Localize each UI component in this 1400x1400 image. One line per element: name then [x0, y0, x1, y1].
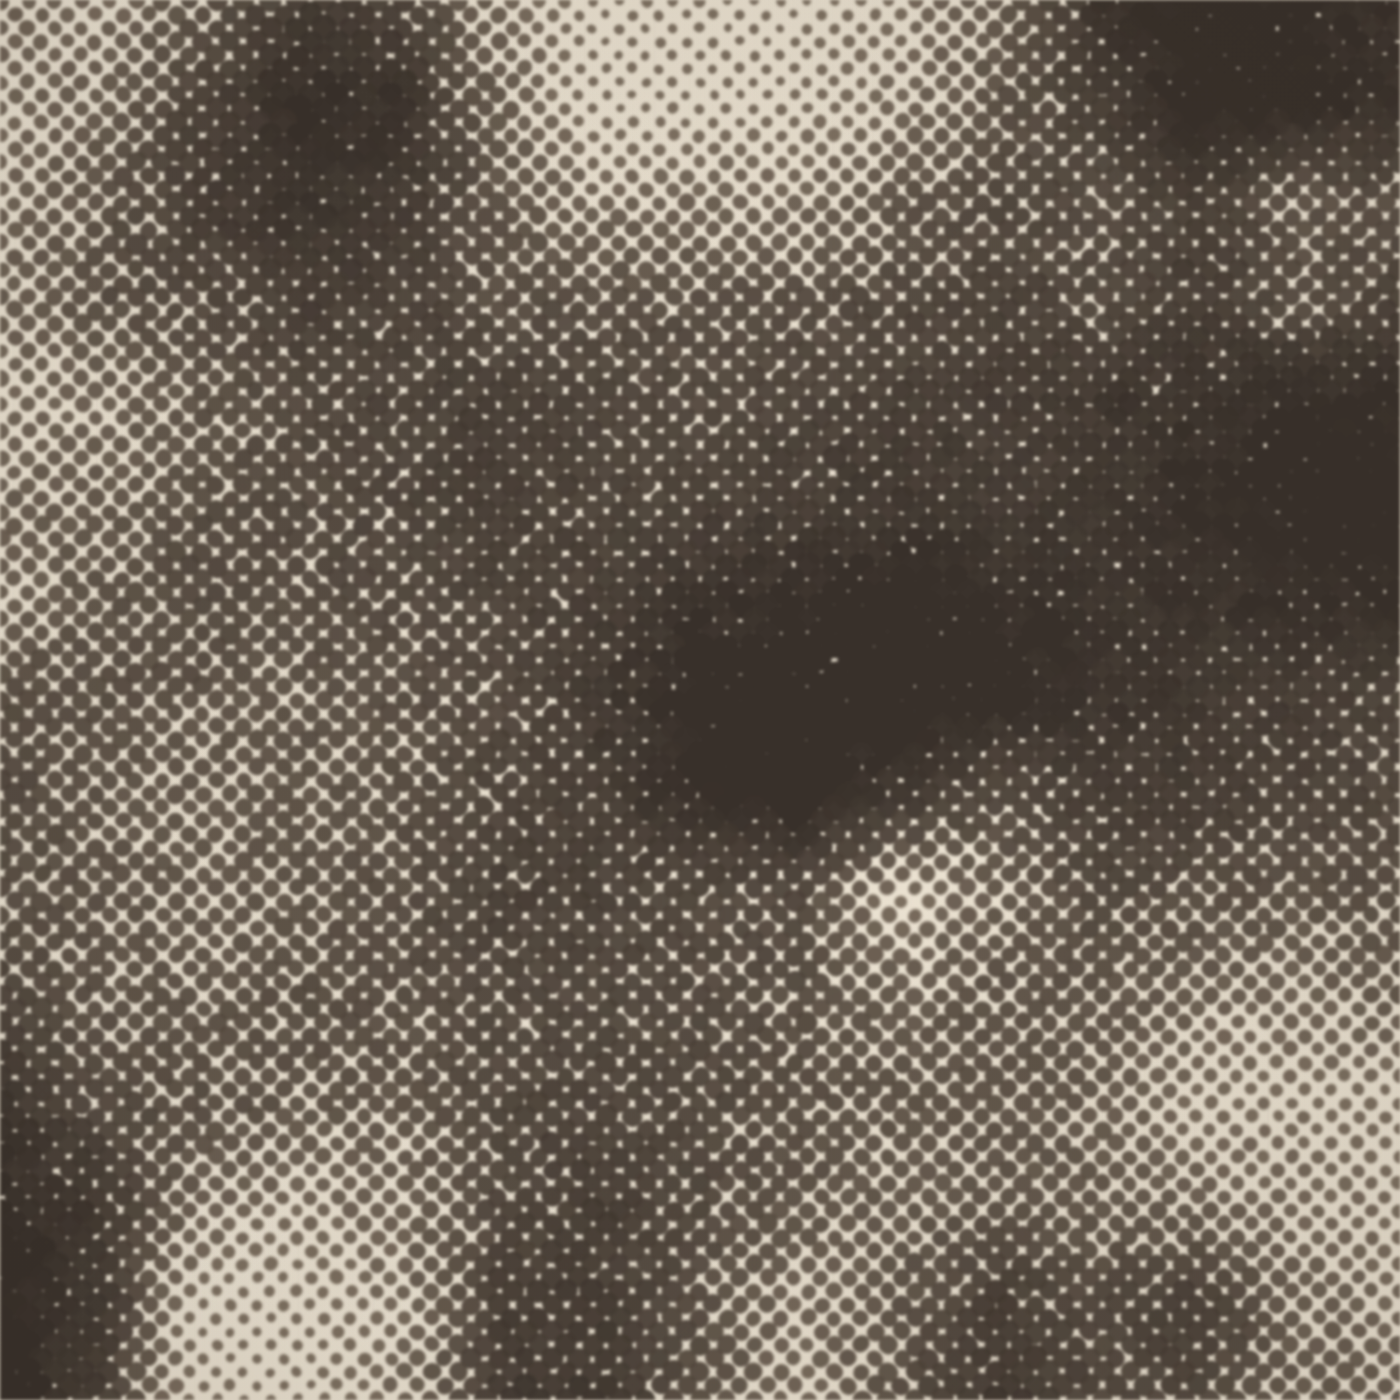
halftone-canvas — [0, 0, 1400, 1400]
photo-viewport — [0, 0, 1400, 1400]
